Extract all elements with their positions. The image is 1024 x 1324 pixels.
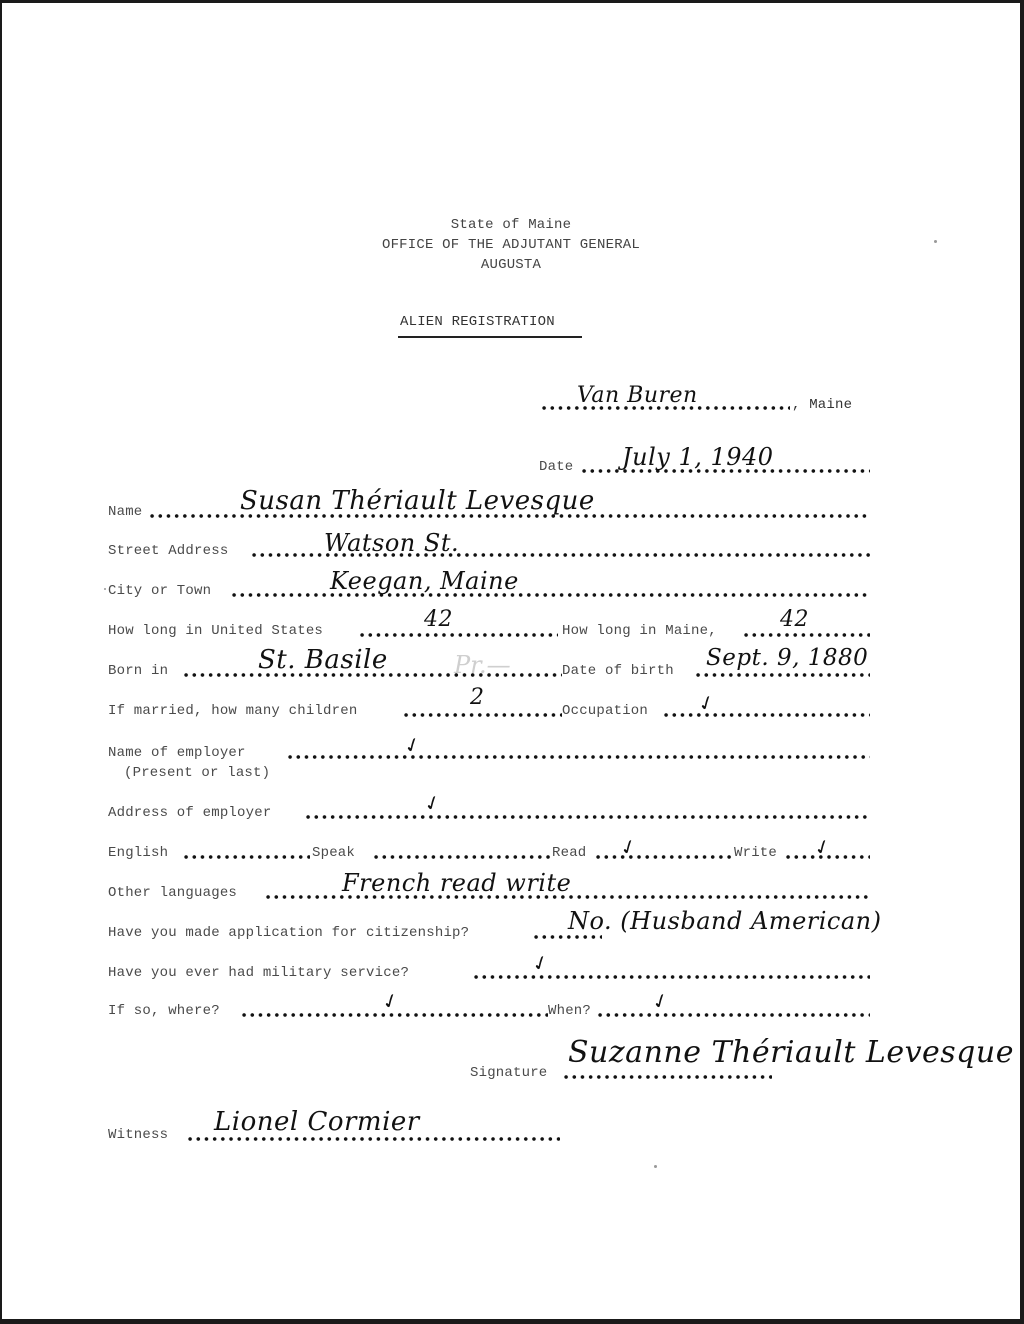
citizenship-row: Have you made application for citizenshi… [2, 921, 1020, 945]
english-row: English Speak Read ✓ Write ✓ [2, 841, 1020, 865]
date-of-birth-value: Sept. 9, 1880 [706, 645, 868, 671]
witness-label: Witness [108, 1127, 168, 1143]
alien-registration-form: State of Maine OFFICE OF THE ADJUTANT GE… [2, 3, 1020, 1319]
read-dots [594, 854, 734, 860]
name-label: Name [108, 504, 142, 520]
place-suffix: , Maine [792, 397, 852, 413]
how-long-us-label: How long in United States [108, 623, 323, 639]
where-check-icon: ✓ [378, 987, 402, 1015]
when-label: When? [548, 1003, 591, 1019]
date-label: Date [539, 459, 573, 475]
when-check-icon: ✓ [648, 987, 672, 1015]
occupation-label: Occupation [562, 703, 648, 719]
children-value: 2 [470, 685, 485, 710]
how-long-maine-value: 42 [780, 607, 809, 632]
place-value: Van Buren [577, 383, 698, 408]
other-languages-label: Other languages [108, 885, 237, 901]
employer-name-sublabel: (Present or last) [124, 765, 270, 781]
children-dots [402, 712, 562, 718]
write-label: Write [734, 845, 777, 861]
how-long-us-value: 42 [424, 607, 453, 632]
scan-speck [934, 240, 937, 243]
children-row: If married, how many children 2 Occupati… [2, 699, 1020, 723]
place-row: Van Buren , Maine [2, 393, 1020, 417]
faded-stamp-mark: Pr.— [454, 651, 511, 679]
date-of-birth-dots [694, 672, 870, 678]
employer-address-dots [304, 814, 870, 820]
street-address-value: Watson St. [324, 529, 459, 557]
header-state: State of Maine [2, 215, 1020, 235]
military-label: Have you ever had military service? [108, 965, 409, 981]
name-value: Susan Thériault Levesque [240, 486, 595, 516]
witness-value: Lionel Cormier [214, 1107, 420, 1137]
date-of-birth-label: Date of birth [562, 663, 674, 679]
signature-label: Signature [470, 1065, 547, 1081]
children-label: If married, how many children [108, 703, 357, 719]
military-row: Have you ever had military service? ✓ [2, 961, 1020, 985]
citizenship-value: No. (Husband American) [568, 907, 881, 935]
employer-address-row: Address of employer ✓ [2, 801, 1020, 825]
how-long-maine-dots [742, 632, 870, 638]
occupation-dots [662, 712, 870, 718]
city-label: City or Town [108, 583, 211, 599]
header-city: AUGUSTA [2, 255, 1020, 275]
scan-speck [104, 588, 106, 590]
other-languages-row: Other languages French read write [2, 881, 1020, 905]
how-long-maine-label: How long in Maine, [562, 623, 717, 639]
citizenship-label: Have you made application for citizenshi… [108, 925, 469, 941]
how-long-row: How long in United States 42 How long in… [2, 619, 1020, 643]
born-row: Born in St. Basile Pr.— Date of birth Se… [2, 659, 1020, 683]
title-underline [398, 336, 582, 338]
speak-label: Speak [312, 845, 355, 861]
where-label: If so, where? [108, 1003, 220, 1019]
city-value: Keegan, Maine [330, 567, 519, 595]
signature-value: Suzanne Thériault Levesque [568, 1035, 1014, 1070]
signature-row: Signature Suzanne Thériault Levesque [2, 1061, 1020, 1085]
military-check-icon: ✓ [528, 949, 552, 977]
employer-name-dots [286, 754, 870, 760]
english-label: English [108, 845, 168, 861]
english-dots [182, 854, 310, 860]
where-when-row: If so, where? ✓ When? ✓ [2, 999, 1020, 1023]
form-header: State of Maine OFFICE OF THE ADJUTANT GE… [2, 215, 1020, 275]
born-in-label: Born in [108, 663, 168, 679]
header-office: OFFICE OF THE ADJUTANT GENERAL [2, 235, 1020, 255]
street-address-label: Street Address [108, 543, 228, 559]
read-label: Read [552, 845, 586, 861]
military-dots [472, 974, 870, 980]
city-dots [230, 592, 870, 598]
signature-dots [562, 1074, 772, 1080]
date-value: July 1, 1940 [622, 443, 774, 471]
city-row: City or Town Keegan, Maine [2, 579, 1020, 603]
where-dots [240, 1012, 548, 1018]
born-in-value: St. Basile [258, 645, 388, 675]
scan-speck [654, 1165, 657, 1168]
street-address-row: Street Address Watson St. [2, 539, 1020, 563]
employer-name-label: Name of employer [108, 745, 246, 761]
speak-dots [372, 854, 552, 860]
form-title: ALIEN REGISTRATION [400, 314, 555, 330]
other-languages-value: French read write [342, 869, 571, 897]
employer-name-row: Name of employer (Present or last) ✓ [2, 741, 1020, 785]
employer-address-check-icon: ✓ [420, 789, 444, 817]
employer-address-label: Address of employer [108, 805, 271, 821]
date-row: Date July 1, 1940 [2, 455, 1020, 479]
how-long-us-dots [358, 632, 558, 638]
when-dots [596, 1012, 870, 1018]
name-row: Name Susan Thériault Levesque [2, 500, 1020, 524]
witness-row: Witness Lionel Cormier [2, 1123, 1020, 1147]
